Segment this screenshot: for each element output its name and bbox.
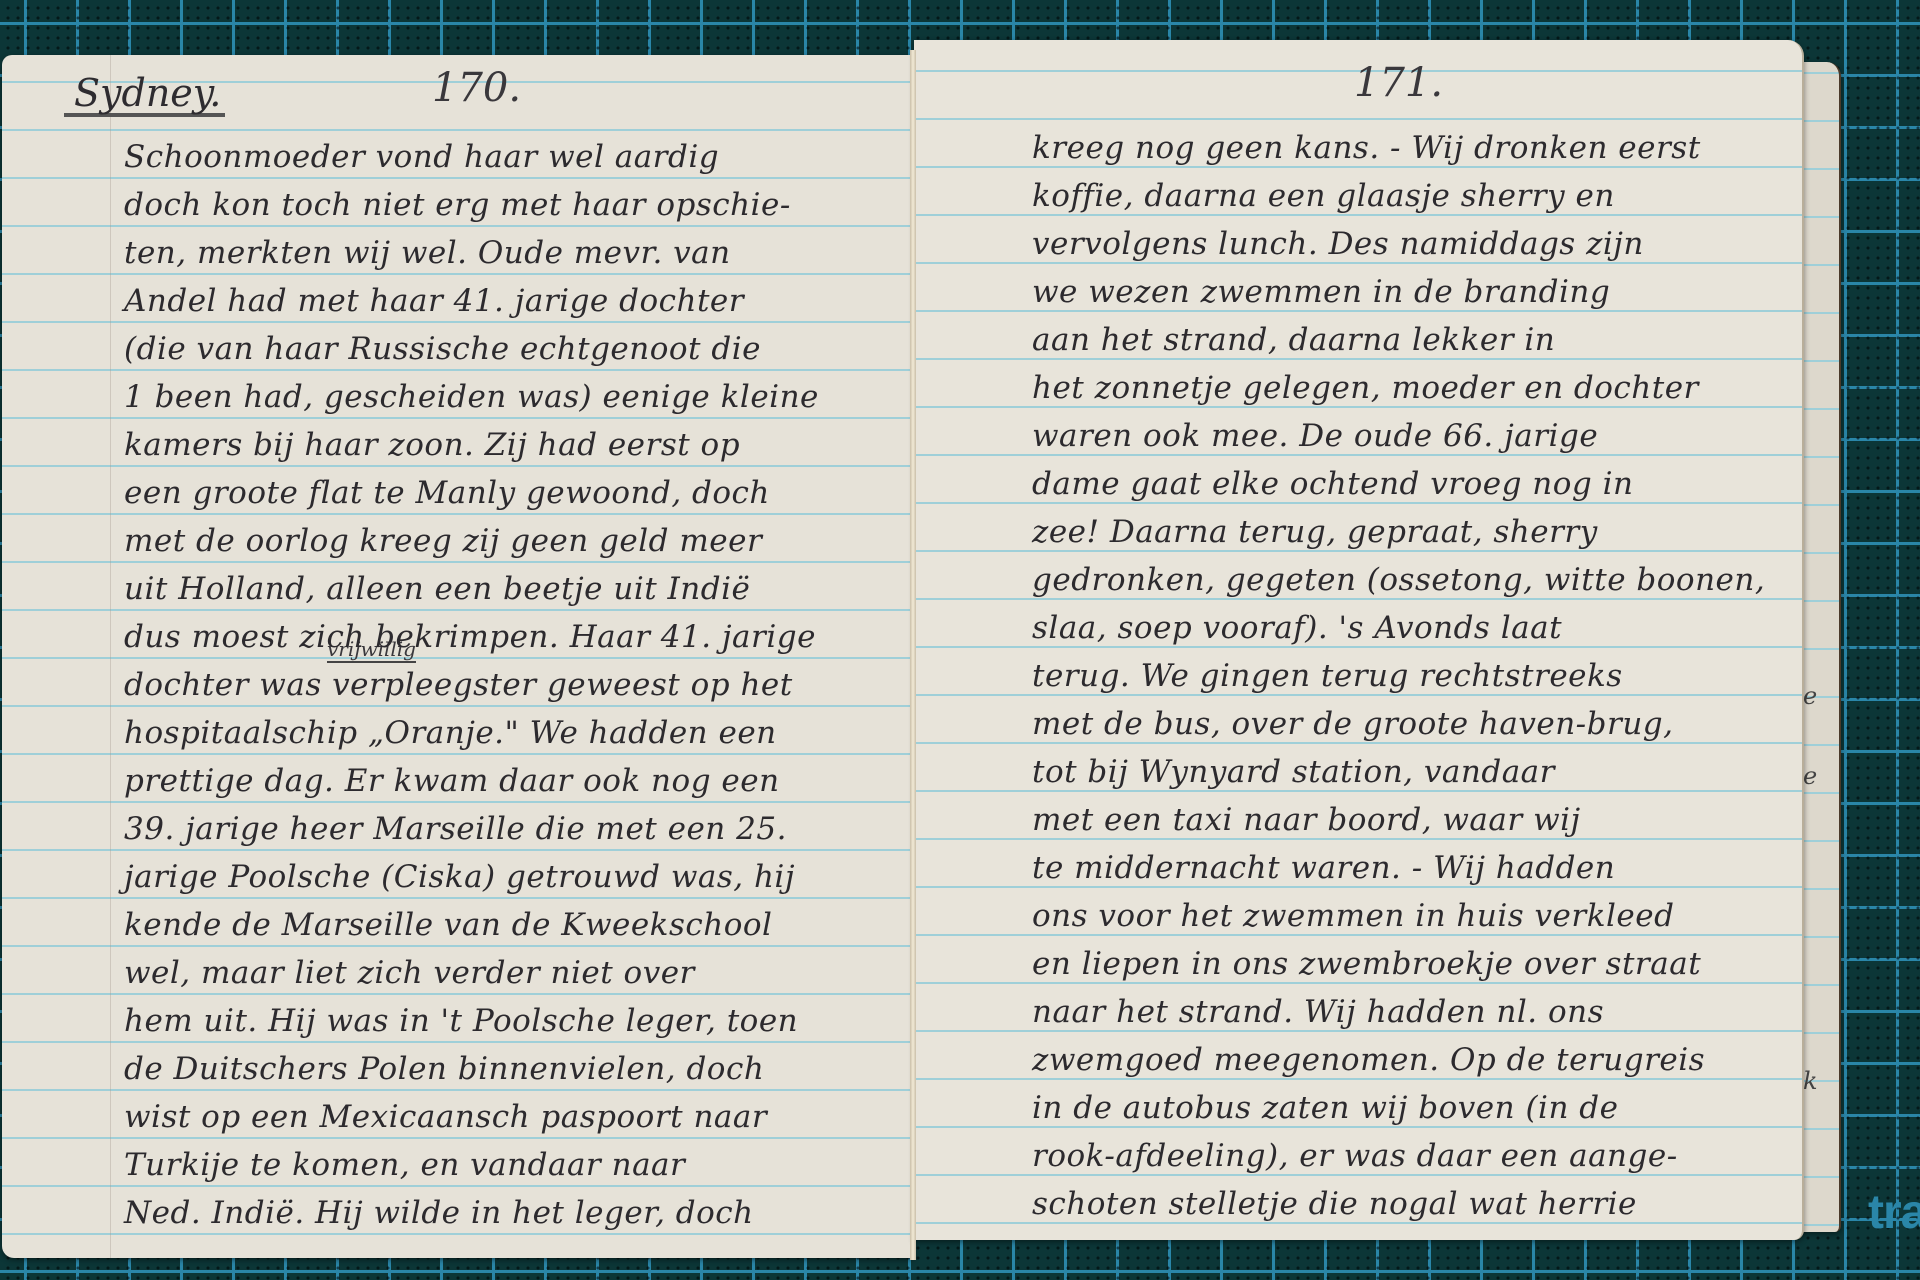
text-line: Turkije te komen, en vandaar naar bbox=[124, 1141, 819, 1189]
right-page-text: kreeg nog geen kans. - Wij dronken eerst… bbox=[1032, 124, 1765, 1228]
edge-mark: e bbox=[1803, 682, 1817, 710]
text-line: 39. jarige heer Marseille die met een 25… bbox=[124, 805, 819, 853]
text-line: (die van haar Russische echtgenoot die bbox=[124, 325, 819, 373]
text-line: terug. We gingen terug rechtstreeks bbox=[1032, 652, 1765, 700]
text-line: 1 been had, gescheiden was) eenige klein… bbox=[124, 373, 819, 421]
text-line: met de bus, over de groote haven-brug, bbox=[1032, 700, 1765, 748]
text-line: Schoonmoeder vond haar wel aardig bbox=[124, 133, 819, 181]
edge-mark: e bbox=[1803, 762, 1817, 790]
text-line: tot bij Wynyard station, vandaar bbox=[1032, 748, 1765, 796]
text-line: dus moest zich bekrimpen. Haar 41. jarig… bbox=[124, 613, 819, 661]
text-line: dame gaat elke ochtend vroeg nog in bbox=[1032, 460, 1765, 508]
text-line: het zonnetje gelegen, moeder en dochter bbox=[1032, 364, 1765, 412]
text-line: de Duitschers Polen binnenvielen, doch bbox=[124, 1045, 819, 1093]
text-line: met de oorlog kreeg zij geen geld meer bbox=[124, 517, 819, 565]
text-line: zee! Daarna terug, gepraat, sherry bbox=[1032, 508, 1765, 556]
right-page: 171. kreeg nog geen kans. - Wij dronken … bbox=[914, 40, 1804, 1240]
page-number: 171. bbox=[1354, 60, 1443, 106]
text-line: jarige Poolsche (Ciska) getrouwd was, hi… bbox=[124, 853, 819, 901]
text-line: Andel had met haar 41. jarige dochter bbox=[124, 277, 819, 325]
text-line: prettige dag. Er kwam daar ook nog een bbox=[124, 757, 819, 805]
text-line: ten, merkten wij wel. Oude mevr. van bbox=[124, 229, 819, 277]
left-page-text: Schoonmoeder vond haar wel aardig doch k… bbox=[124, 133, 819, 1237]
text-line: een groote flat te Manly gewoond, doch bbox=[124, 469, 819, 517]
text-line: en liepen in ons zwembroekje over straat bbox=[1032, 940, 1765, 988]
text-line: uit Holland, alleen een beetje uit Indië bbox=[124, 565, 819, 613]
text-line: wel, maar liet zich verder niet over bbox=[124, 949, 819, 997]
text-line: kreeg nog geen kans. - Wij dronken eerst bbox=[1032, 124, 1765, 172]
text-line: te middernacht waren. - Wij hadden bbox=[1032, 844, 1765, 892]
text-line: koffie, daarna een glaasje sherry en bbox=[1032, 172, 1765, 220]
text-line: hem uit. Hij was in 't Poolsche leger, t… bbox=[124, 997, 819, 1045]
text-line: rook-afdeeling), er was daar een aange- bbox=[1032, 1132, 1765, 1180]
text-line: zwemgoed meegenomen. Op de terugreis bbox=[1032, 1036, 1765, 1084]
cutting-mat-logo: tra bbox=[1868, 1185, 1920, 1240]
text-line: vervolgens lunch. Des namiddags zijn bbox=[1032, 220, 1765, 268]
page-number: 170. bbox=[432, 65, 521, 111]
text-line: schoten stelletje die nogal wat herrie bbox=[1032, 1180, 1765, 1228]
text-line: we wezen zwemmen in de branding bbox=[1032, 268, 1765, 316]
text-line: met een taxi naar boord, waar wij bbox=[1032, 796, 1765, 844]
text-line: waren ook mee. De oude 66. jarige bbox=[1032, 412, 1765, 460]
text-line: hospitaalschip „Oranje." We hadden een bbox=[124, 709, 819, 757]
text-line: aan het strand, daarna lekker in bbox=[1032, 316, 1765, 364]
text-line: ons voor het zwemmen in huis verkleed bbox=[1032, 892, 1765, 940]
text-line: doch kon toch niet erg met haar opschie- bbox=[124, 181, 819, 229]
left-page: Sydney. 170. vrijwillig Schoonmoeder von… bbox=[2, 55, 914, 1258]
text-line: gedronken, gegeten (ossetong, witte boon… bbox=[1032, 556, 1765, 604]
text-line: dochter was verpleegster geweest op het bbox=[124, 661, 819, 709]
text-line: kamers bij haar zoon. Zij had eerst op bbox=[124, 421, 819, 469]
text-line: wist op een Mexicaansch paspoort naar bbox=[124, 1093, 819, 1141]
text-line: slaa, soep vooraf). 's Avonds laat bbox=[1032, 604, 1765, 652]
text-line: in de autobus zaten wij boven (in de bbox=[1032, 1084, 1765, 1132]
notebook-spine bbox=[910, 50, 916, 1260]
location-heading: Sydney. bbox=[64, 73, 225, 117]
text-line: naar het strand. Wij hadden nl. ons bbox=[1032, 988, 1765, 1036]
edge-mark: k bbox=[1803, 1067, 1818, 1095]
text-line: Ned. Indië. Hij wilde in het leger, doch bbox=[124, 1189, 819, 1237]
text-line: kende de Marseille van de Kweekschool bbox=[124, 901, 819, 949]
